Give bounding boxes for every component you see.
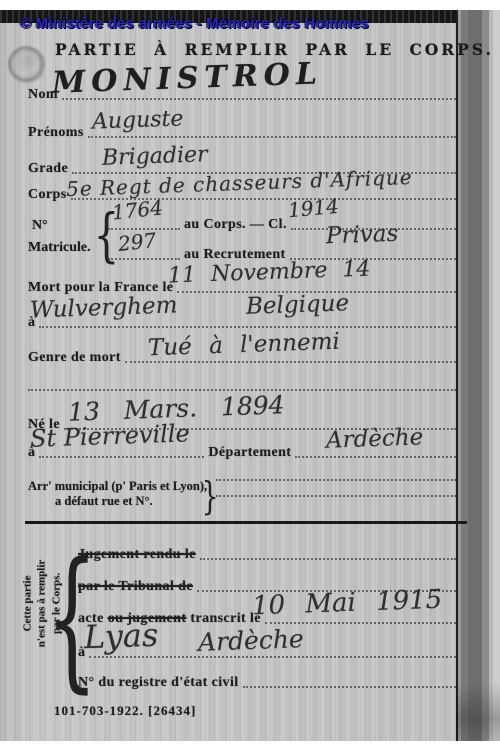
grade-handwritten: Brigadier — [102, 144, 208, 170]
mort-lieu-handwritten: Wulverghem — [30, 294, 178, 322]
dotted-line — [88, 136, 456, 138]
form-title: PARTIE À REMPLIR PAR LE CORPS. — [55, 40, 445, 59]
corps-label: Corps — [28, 188, 71, 202]
dotted-line — [39, 326, 456, 328]
side-note-line1: Cette partie — [22, 576, 34, 632]
genre-mort-label: Genre de mort — [28, 351, 125, 365]
matricule-label-line1: N° — [32, 218, 48, 234]
print-reference: 101-703-1922. [26434] — [54, 703, 196, 719]
page-gutter-shadow — [456, 10, 500, 741]
dotted-line — [108, 258, 180, 260]
prenoms-handwritten: Auguste — [92, 108, 184, 133]
dotted-line — [200, 558, 456, 560]
section-divider-rule — [25, 521, 467, 524]
dotted-line — [216, 479, 456, 481]
arr-label-line2: a défaut rue et N°. — [55, 494, 153, 509]
dotted-line — [89, 656, 456, 658]
arr-dotted-line-1 — [216, 469, 456, 483]
empty-continuation-line — [28, 375, 456, 393]
matricule-recrutement-handwritten: 297 — [117, 230, 157, 254]
departement-handwritten: Ardèche — [326, 426, 424, 452]
arr-dotted-line-2 — [216, 485, 456, 499]
transcription-dept-handwritten: Ardèche — [198, 626, 305, 655]
tribunal-label: par le Tribunal de — [78, 580, 197, 594]
acte-date-handwritten: 10 Mai 1915 — [252, 587, 443, 620]
registre-label: N° du registre d'état civil — [78, 676, 243, 690]
document-scan-viewer: © Ministère des armées - Mémoire des Hom… — [0, 0, 500, 750]
prenoms-label: Prénoms — [28, 126, 88, 140]
au-corps-label: au Corps. — Cl. — [180, 218, 291, 232]
field-jugement: Jugement rendu le — [78, 544, 456, 562]
field-registre: N° du registre d'état civil — [78, 672, 456, 690]
matricule-label-line2: Matricule. — [28, 240, 91, 256]
dotted-line — [39, 456, 204, 458]
jugement-label: Jugement rendu le — [78, 548, 200, 562]
dotted-line — [216, 495, 456, 497]
recrutement-place-handwritten: Privas — [326, 223, 399, 249]
grade-label: Grade — [28, 162, 72, 176]
classe-handwritten: 1914 — [287, 196, 339, 220]
matricule-corps-handwritten: 1764 — [111, 197, 164, 222]
mort-pays-handwritten: Belgique — [246, 292, 350, 319]
departement-label: Département — [204, 446, 295, 460]
ne-lieu-handwritten: St Pierreville — [30, 421, 190, 451]
watermark-copyright: © Ministère des armées - Mémoire des Hom… — [20, 15, 369, 32]
dotted-line — [125, 361, 456, 363]
transcription-lieu-handwritten: Lyas — [83, 619, 158, 654]
dotted-line — [295, 456, 456, 458]
arr-label-line1: Arr' municipal (p' Paris et Lyon), — [28, 479, 207, 494]
dotted-line — [243, 686, 456, 688]
